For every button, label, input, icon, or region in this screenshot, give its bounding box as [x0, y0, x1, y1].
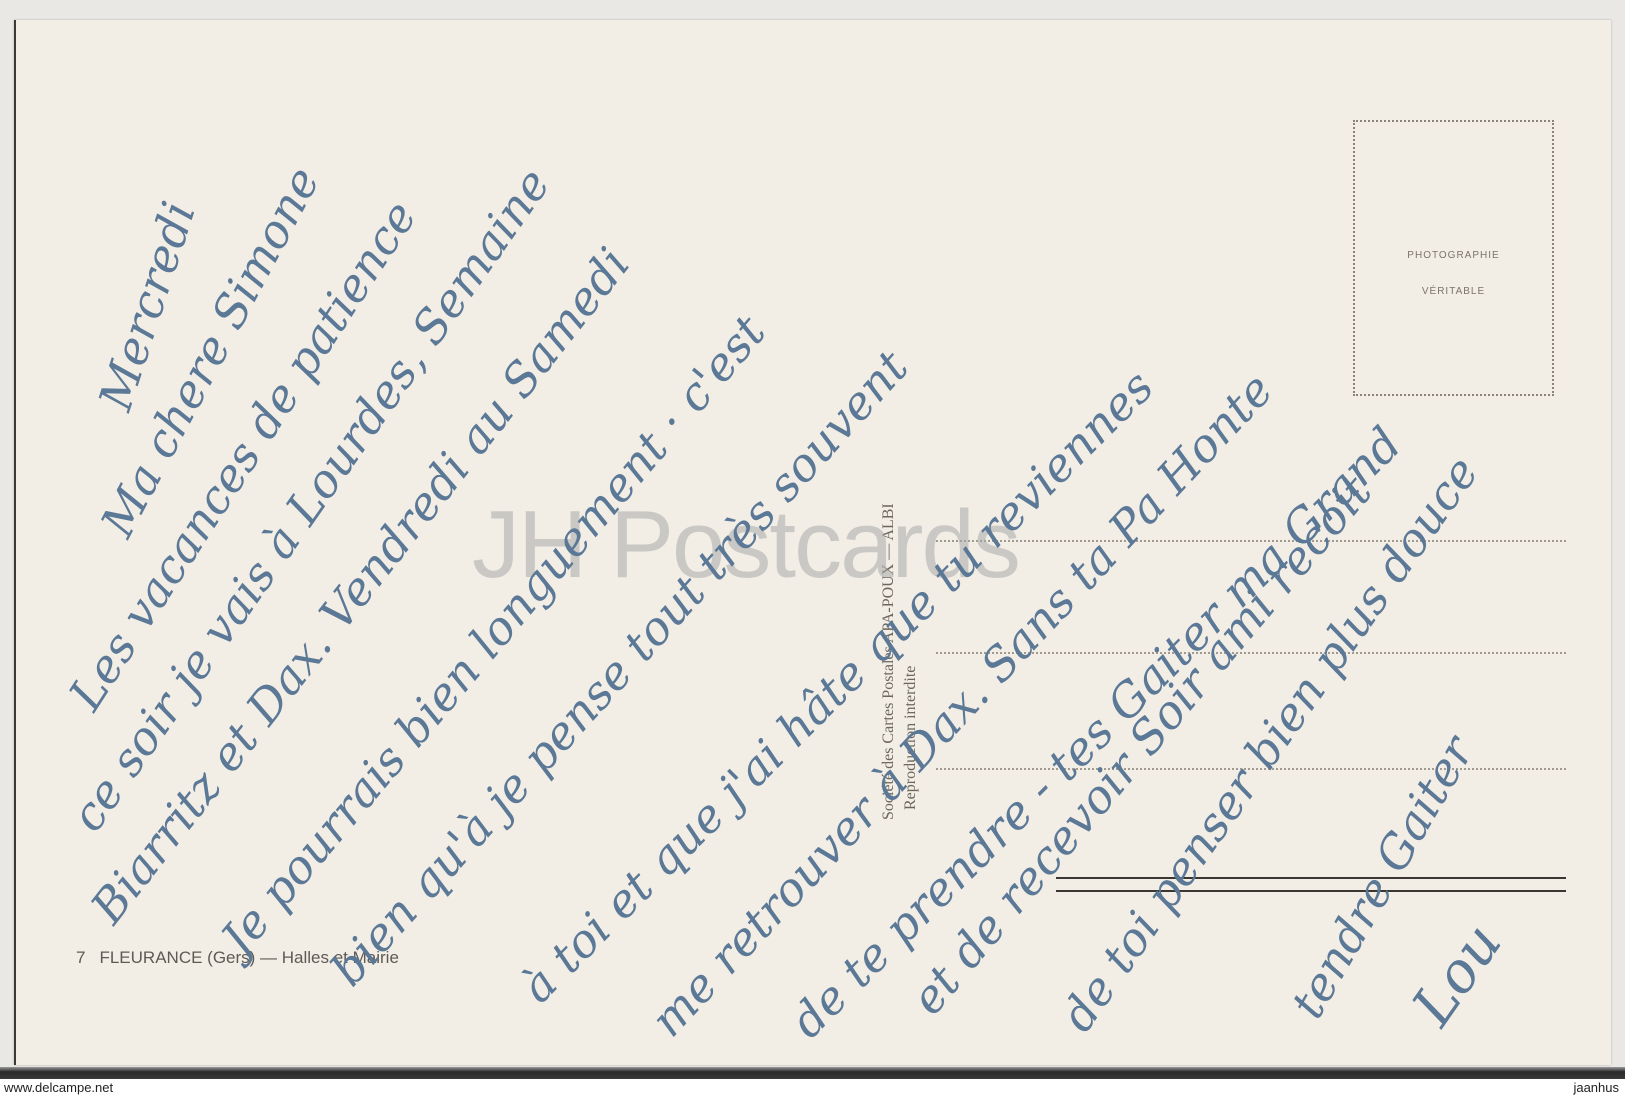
scan-edge: [0, 1067, 1625, 1079]
stamp-text-line2: VÉRITABLE: [1355, 286, 1552, 297]
footer-seller[interactable]: jaanhus: [1573, 1079, 1619, 1097]
double-rule-top: [1056, 877, 1566, 879]
footer-source-link[interactable]: www.delcampe.net: [4, 1079, 113, 1097]
footer: www.delcampe.net jaanhus: [0, 1079, 1625, 1097]
caption-number: 7: [76, 948, 85, 967]
stamp-box: PHOTOGRAPHIE VÉRITABLE: [1353, 120, 1554, 396]
stamp-text-line1: PHOTOGRAPHIE: [1355, 250, 1552, 261]
